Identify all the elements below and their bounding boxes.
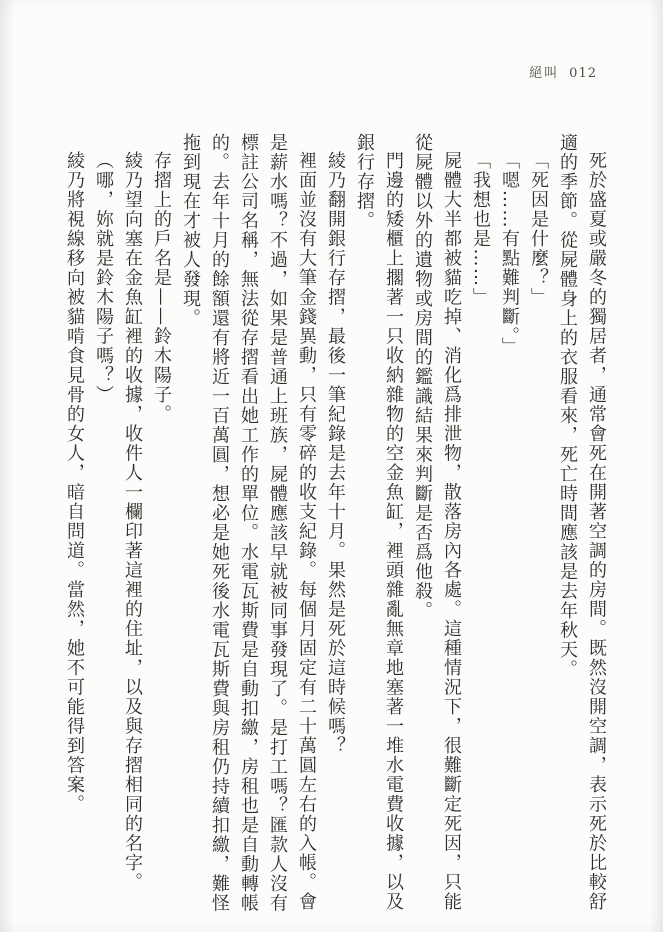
paragraph: 屍體大半都被貓吃掉、消化爲排泄物，散落房內各處。這種情況下，很難斷定死因，只能從… [408,133,466,915]
vertical-text-block: 死於盛夏或嚴冬的獨居者，通常會死在開著空調的房間。既然沒開空調，表示死於比較舒適… [60,133,611,915]
running-header: 絕叫012 [529,62,597,81]
page-number: 012 [569,66,597,81]
page-right-edge-shading [649,0,663,932]
paragraph: 死於盛夏或嚴冬的獨居者，通常會死在開著空調的房間。既然沒開空調，表示死於比較舒適… [553,133,611,915]
paragraph-dialogue: 「死因是什麼？」 [524,133,553,915]
paragraph: 綾乃將視線移向被貓啃食見骨的女人，暗自問道。當然，她不可能得到答案。 [60,133,89,915]
paragraph-dialogue: 「嗯……有點難判斷。」 [495,133,524,915]
paragraph-dialogue: 「我想也是……」 [466,133,495,915]
paragraph: 裡面並沒有大筆金錢異動，只有零碎的收支紀錄。每個月固定有二十萬圓左右的入帳。會是… [176,133,321,915]
paragraph: 門邊的矮櫃上擱著一只收納雜物的空金魚缸，裡頭雜亂無章地塞著一堆水電費收據，以及銀… [350,133,408,915]
paragraph-inner-thought: （哪，妳就是鈴木陽子嗎？） [89,133,118,915]
paragraph: 綾乃翻開銀行存摺，最後一筆紀錄是去年十月。果然是死於這時候嗎？ [321,133,350,915]
paragraph: 存摺上的戶名是——鈴木陽子。 [147,133,176,915]
paragraph: 綾乃望向塞在金魚缸裡的收據，收件人一欄印著這裡的住址，以及與存摺相同的名字。 [118,133,147,915]
book-title: 絕叫 [529,66,559,81]
book-page: 絕叫012 死於盛夏或嚴冬的獨居者，通常會死在開著空調的房間。既然沒開空調，表示… [0,0,663,932]
page-left-edge-shading [0,0,14,932]
